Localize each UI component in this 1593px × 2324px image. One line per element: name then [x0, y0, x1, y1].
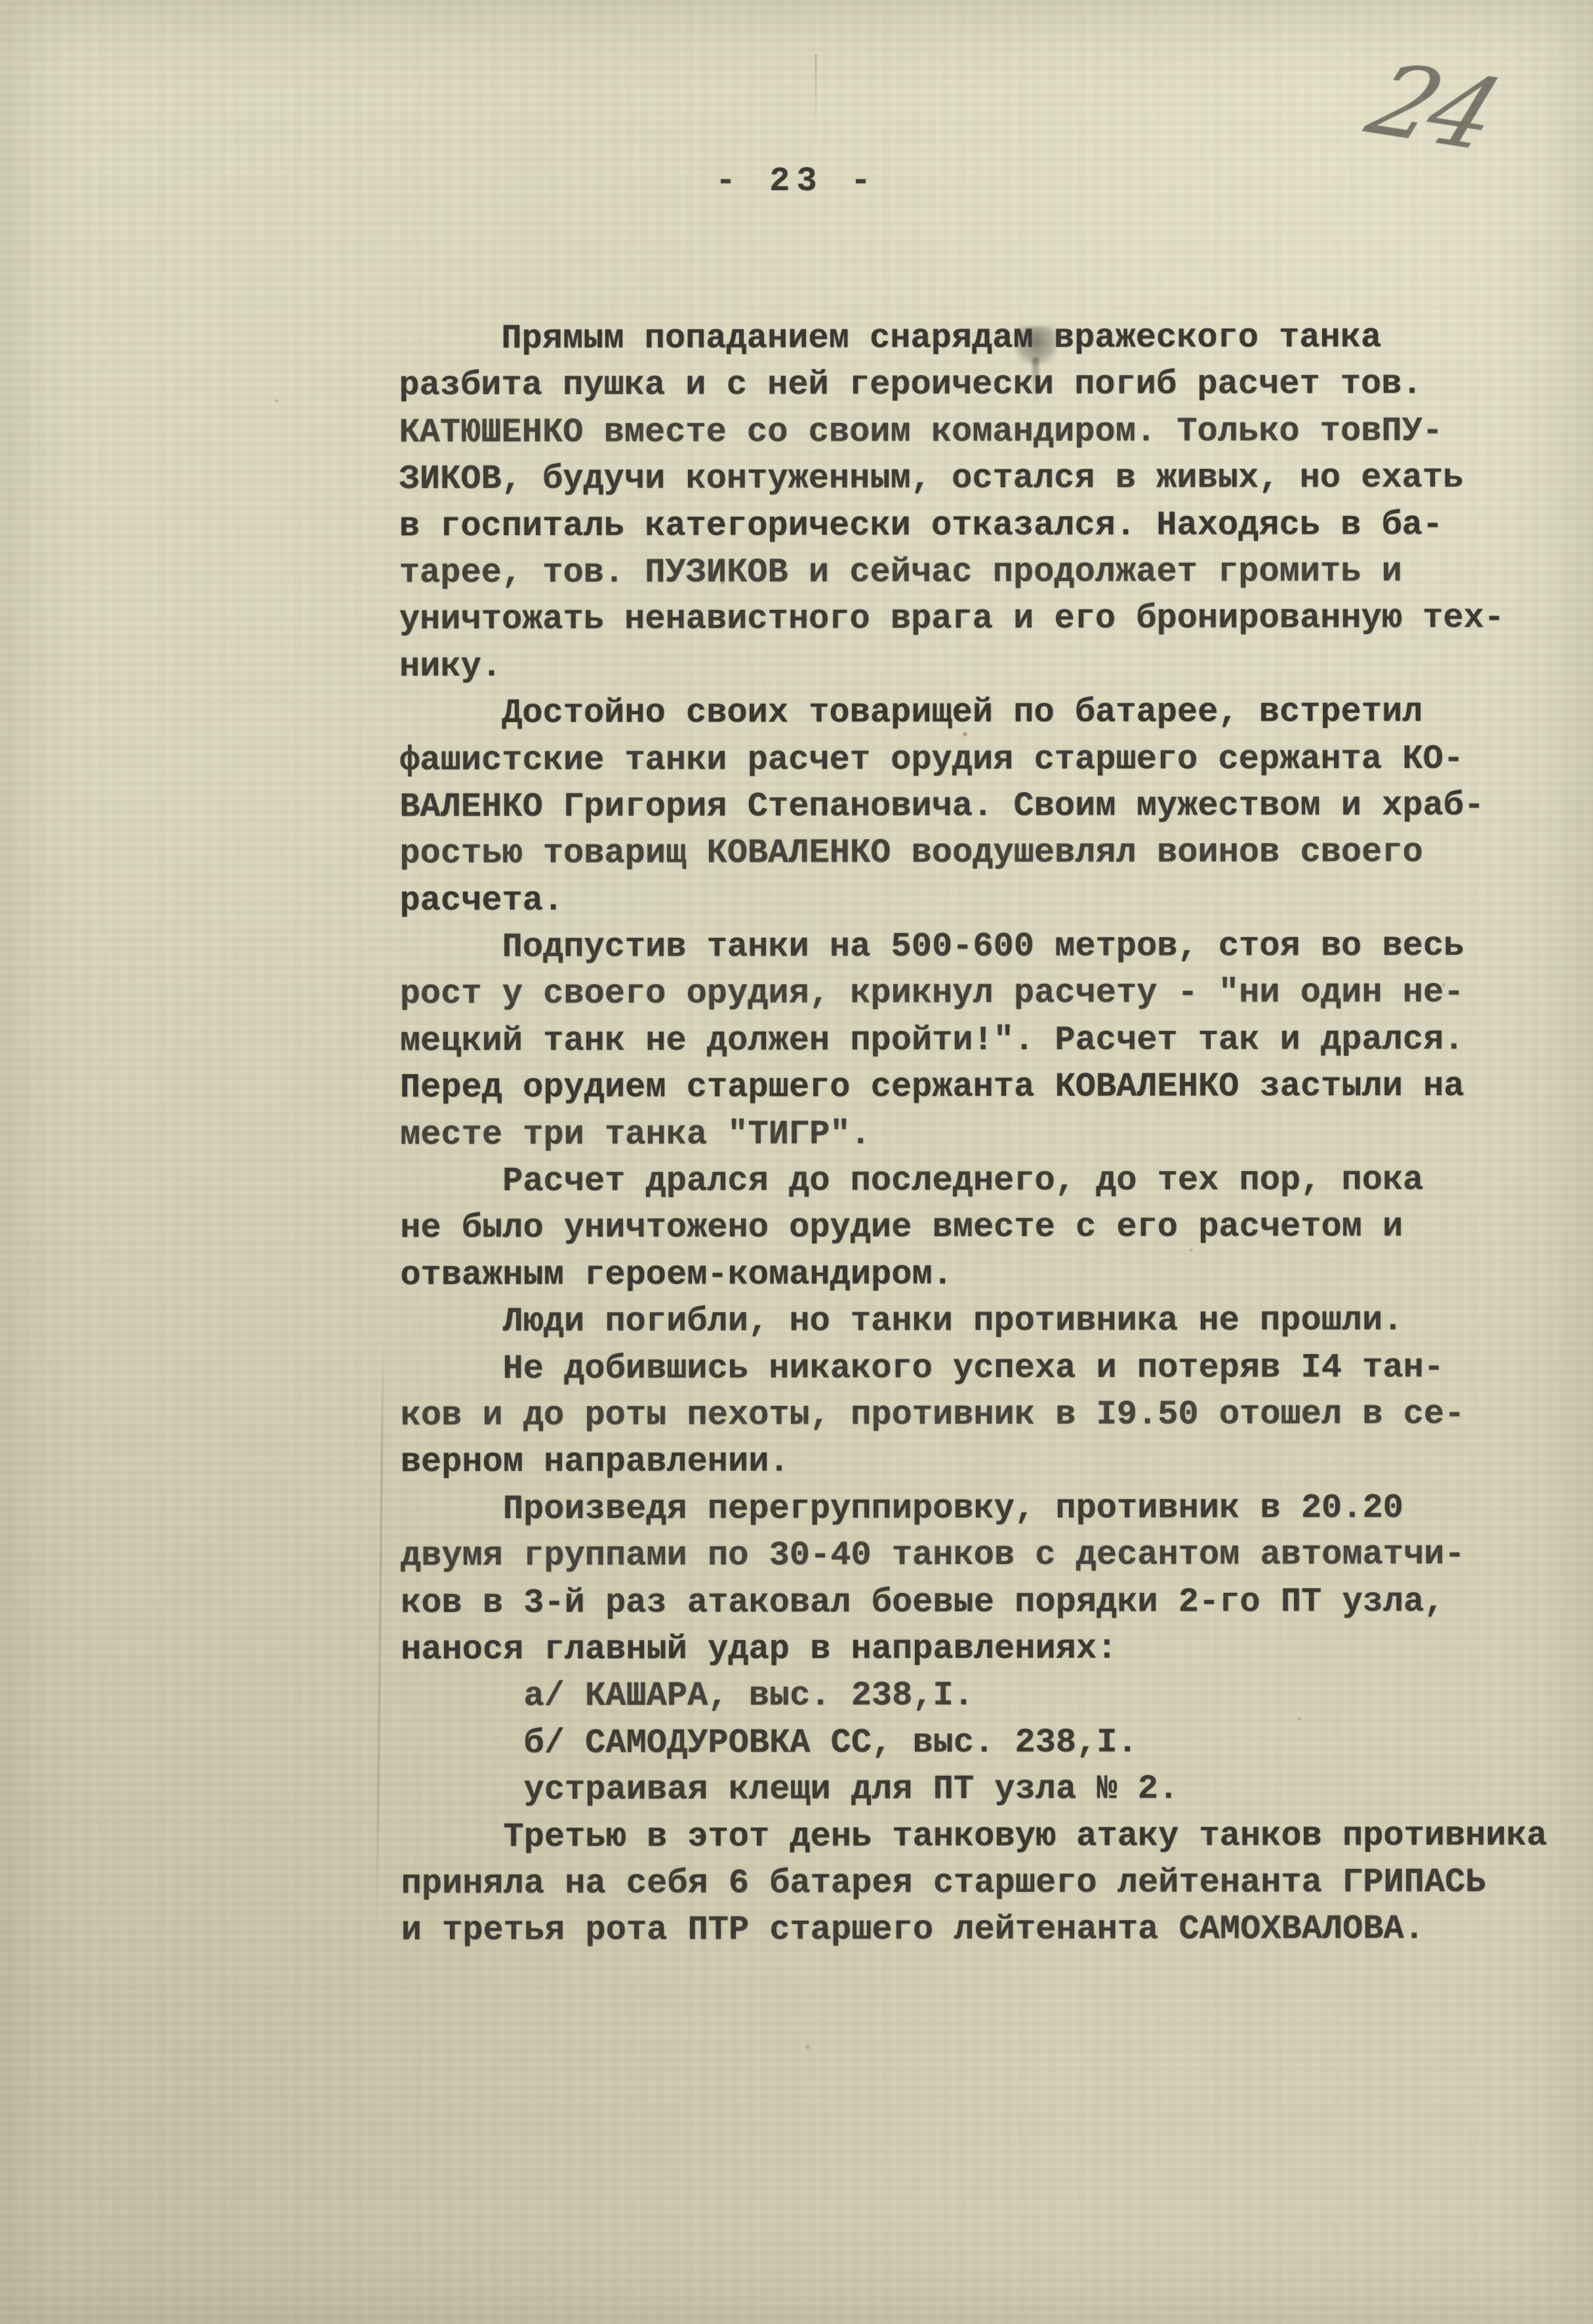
text-line: Произведя перегруппировку, противник в 2…	[401, 1485, 1555, 1533]
ink-smudge-drip	[1032, 357, 1039, 403]
handwritten-page-number: 24	[1356, 51, 1508, 165]
typed-text-block: Прямым попаданием снарядам вражеского та…	[399, 314, 1555, 1954]
text-line: а/ КАШАРА, выс. 238,I.	[401, 1672, 1555, 1720]
text-line: нанося главный удар в направлениях:	[401, 1625, 1555, 1673]
text-line: КАТЮШЕНКО вместе со своим командиром. То…	[399, 408, 1553, 456]
text-line: нику.	[399, 642, 1554, 691]
text-line: расчета.	[399, 875, 1554, 924]
text-line: рост у своего орудия, крикнул расчету - …	[400, 969, 1554, 1018]
text-line: Прямым попаданием снарядам вражеского та…	[399, 314, 1553, 363]
text-line: верном направлении.	[401, 1437, 1555, 1486]
paper-specks	[0, 0, 2, 2]
text-line: в госпиталь категорически отказался. Нах…	[399, 501, 1554, 550]
text-line: ков и до роты пехоты, противник в I9.50 …	[401, 1391, 1555, 1439]
text-line: отважным героем-командиром.	[400, 1251, 1554, 1299]
text-line: устраивая клещи для ПТ узла № 2.	[401, 1765, 1555, 1814]
text-line: Третью в этот день танковую атаку танков…	[401, 1812, 1555, 1860]
text-line: и третья рота ПТР старшего лейтенанта СА…	[401, 1906, 1556, 1954]
text-line: Люди погибли, но танки противника не про…	[400, 1297, 1554, 1346]
text-line: ков в 3-й раз атаковал боевые порядки 2-…	[401, 1578, 1555, 1626]
text-line: тарее, тов. ПУЗИКОВ и сейчас продолжает …	[399, 548, 1554, 597]
text-line: Перед орудием старшего сержанта КОВАЛЕНК…	[400, 1063, 1554, 1112]
scanned-document-page: 24 - 23 - Прямым попаданием снарядам вра…	[0, 0, 1593, 2324]
text-line: Не добившись никакого успеха и потеряв I…	[400, 1344, 1554, 1392]
text-line: ростью товарищ КОВАЛЕНКО воодушевлял вои…	[399, 829, 1554, 877]
text-line: двумя группами по 30-40 танков с десанто…	[401, 1531, 1555, 1580]
paper-scratch	[815, 54, 817, 139]
text-line: б/ САМОДУРОВКА СС, выс. 238,I.	[401, 1718, 1555, 1767]
text-line: ВАЛЕНКО Григория Степановича. Своим муже…	[399, 782, 1554, 831]
text-line: ЗИКОВ, будучи контуженным, остался в жив…	[399, 454, 1554, 503]
text-line: не было уничтожено орудие вместе с его р…	[400, 1203, 1554, 1252]
text-line: уничтожать ненавистного врага и его брон…	[399, 595, 1554, 643]
typed-page-number: - 23 -	[0, 162, 1593, 201]
text-line: Подпустив танки на 500-600 метров, стоя …	[400, 923, 1554, 971]
text-line: мецкий танк не должен пройти!". Расчет т…	[400, 1016, 1554, 1065]
text-line: месте три танка "ТИГР".	[400, 1110, 1554, 1158]
text-line: фашистские танки расчет орудия старшего …	[399, 735, 1554, 784]
paper-crease	[376, 1334, 384, 1925]
text-line: Достойно своих товарищей по батарее, вст…	[399, 689, 1554, 737]
text-line: разбита пушка и с ней героически погиб р…	[399, 361, 1553, 409]
text-line: приняла на себя 6 батарея старшего лейте…	[401, 1859, 1556, 1908]
text-line: Расчет дрался до последнего, до тех пор,…	[400, 1157, 1554, 1205]
